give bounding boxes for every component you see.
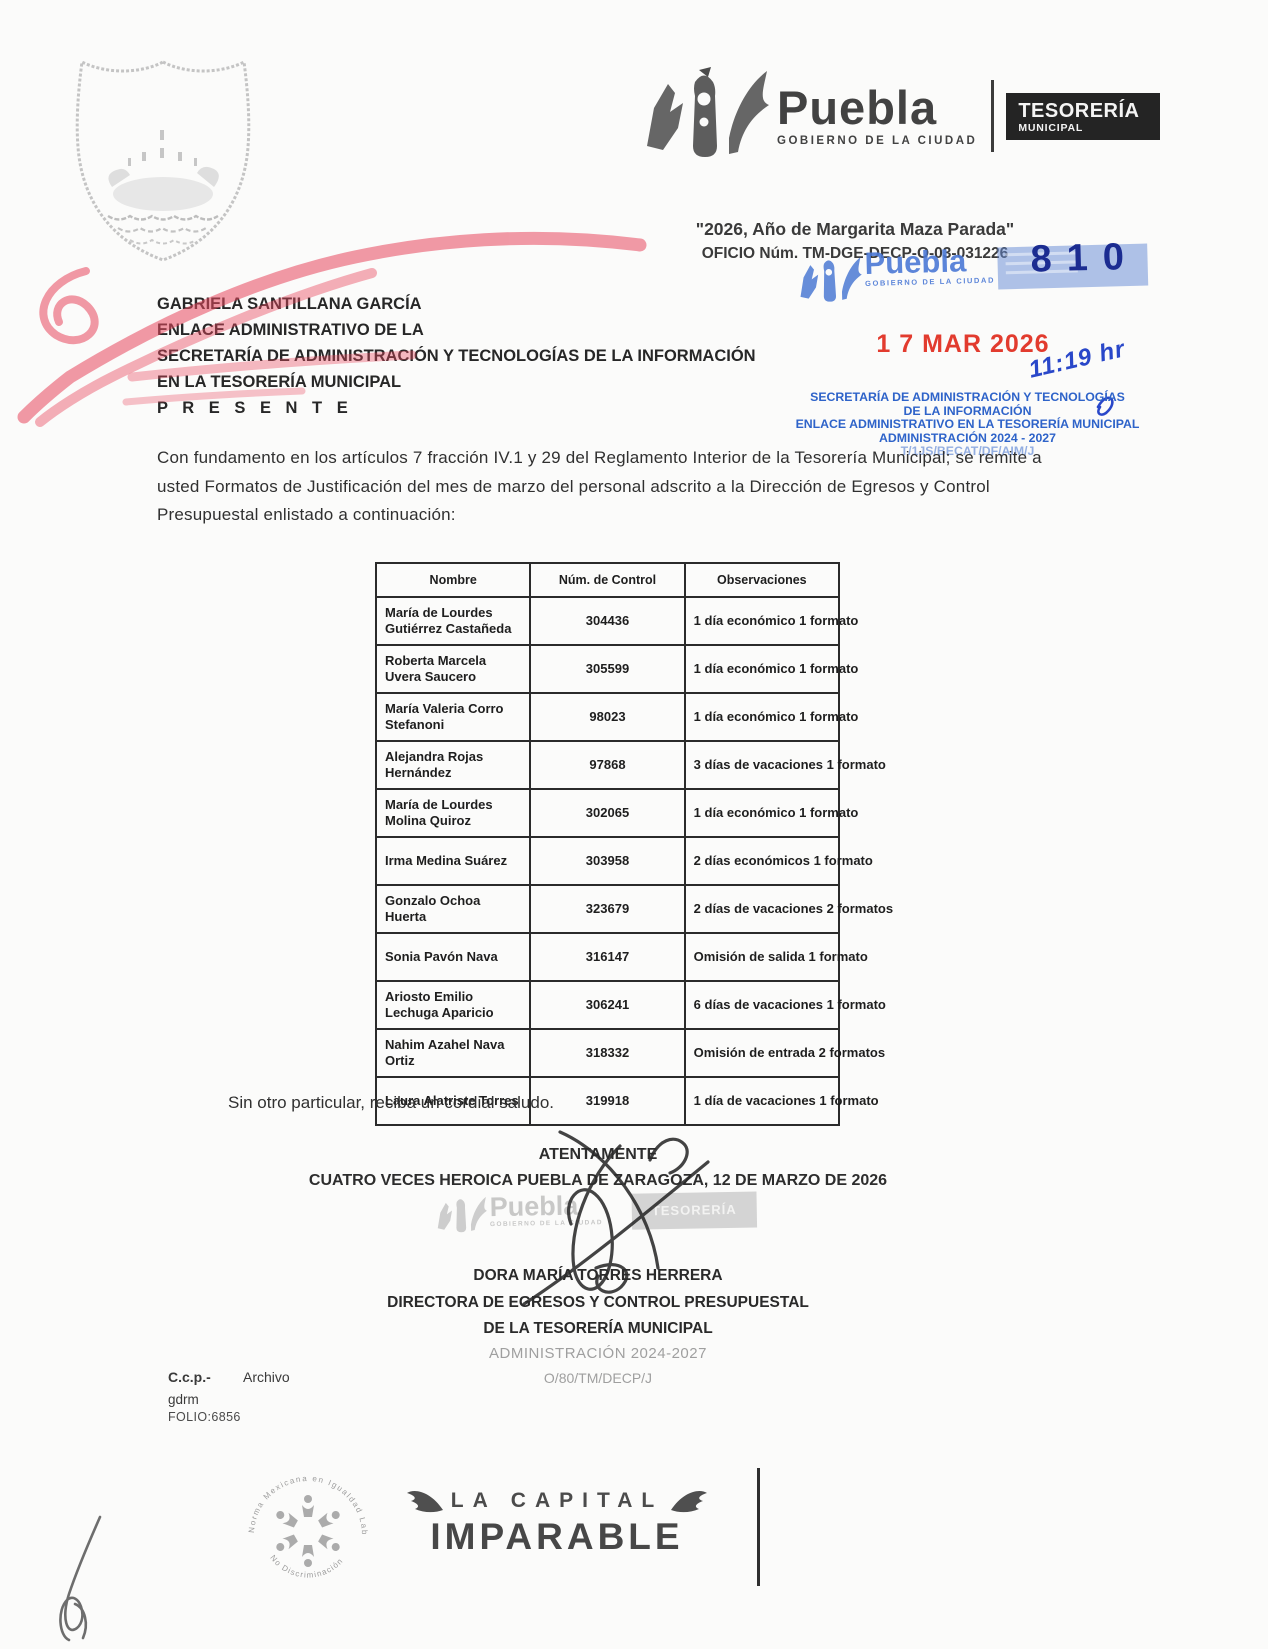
cell-control: 304436	[530, 597, 684, 645]
ccp-label: C.c.p.-	[168, 1369, 211, 1385]
cell-nombre: Alejandra Rojas Hernández	[376, 741, 530, 789]
received-folio-number: 810	[1030, 236, 1139, 282]
cell-observaciones: 3 días de vacaciones 1 formato	[685, 741, 839, 789]
badge-line2: MUNICIPAL	[1018, 122, 1148, 134]
header-brand: Puebla GOBIERNO DE LA CIUDAD TESORERÍA M…	[633, 66, 1160, 166]
office-stamp-line: ENLACE ADMINISTRATIVO EN LA TESORERÍA MU…	[770, 418, 1165, 432]
badge-line1: TESORERÍA	[1018, 100, 1148, 122]
cell-observaciones: 2 días de vacaciones 2 formatos	[685, 885, 839, 933]
cell-observaciones: 1 día económico 1 formato	[685, 693, 839, 741]
pen-scribble	[45, 1512, 125, 1647]
cell-nombre: Irma Medina Suárez	[376, 837, 530, 885]
brand-divider	[991, 80, 994, 152]
cell-control: 97868	[530, 741, 684, 789]
col-header-observaciones: Observaciones	[685, 563, 839, 597]
cell-observaciones: 6 días de vacaciones 1 formato	[685, 981, 839, 1029]
capital-imparable-logo: LA CAPITAL IMPARABLE	[392, 1486, 722, 1558]
tesoreria-badge: TESORERÍA MUNICIPAL	[1006, 93, 1160, 140]
cell-observaciones: Omisión de salida 1 formato	[685, 933, 839, 981]
signer-title-line2: DE LA TESORERÍA MUNICIPAL	[348, 1320, 848, 1338]
cell-observaciones: 2 días económicos 1 formato	[685, 837, 839, 885]
table-row: Sonia Pavón Nava316147Omisión de salida …	[376, 933, 839, 981]
cell-nombre: Gonzalo Ochoa Huerta	[376, 885, 530, 933]
ccp-value: Archivo	[243, 1369, 290, 1385]
initials: gdrm	[168, 1392, 199, 1407]
folio-number: FOLIO:6856	[168, 1410, 241, 1424]
received-stamp-brand: Puebla	[864, 246, 995, 279]
right-wing-icon	[669, 1486, 709, 1516]
puebla-brand-mark-icon	[633, 66, 771, 166]
received-stamp: Puebla GOBIERNO DE LA CIUDAD 810	[792, 239, 1164, 319]
table-row: Roberta Marcela Uvera Saucero3055991 día…	[376, 645, 839, 693]
cell-nombre: Roberta Marcela Uvera Saucero	[376, 645, 530, 693]
table-row: Alejandra Rojas Hernández978683 días de …	[376, 741, 839, 789]
cell-control: 302065	[530, 789, 684, 837]
cell-control: 303958	[530, 837, 684, 885]
farewell-line: Sin otro particular, reciba un cordial s…	[228, 1093, 554, 1113]
table-row: Irma Medina Suárez3039582 días económico…	[376, 837, 839, 885]
signer-title-line1: DIRECTORA DE EGRESOS Y CONTROL PRESUPUES…	[348, 1294, 848, 1312]
col-header-control: Núm. de Control	[530, 563, 684, 597]
cell-observaciones: 1 día económico 1 formato	[685, 645, 839, 693]
document-page: Puebla GOBIERNO DE LA CIUDAD TESORERÍA M…	[0, 0, 1268, 1649]
year-legend: "2026, Año de Margarita Maza Parada"	[645, 219, 1065, 240]
cell-control: 305599	[530, 645, 684, 693]
brand-tagline: GOBIERNO DE LA CIUDAD	[777, 135, 977, 147]
table-row: María de Lourdes Molina Quiroz3020651 dí…	[376, 789, 839, 837]
table-row: Gonzalo Ochoa Huerta3236792 días de vaca…	[376, 885, 839, 933]
capital-top-text: LA CAPITAL	[451, 1489, 663, 1513]
equality-norm-seal-icon: Norma Mexicana en Igualdad Laboral y No …	[238, 1461, 378, 1601]
cell-observaciones: 1 día económico 1 formato	[685, 597, 839, 645]
stamp-code-line: O/80/TM/DECP/J	[348, 1370, 848, 1386]
footer-divider-line	[757, 1468, 760, 1586]
grey-stamp-brand-mark-icon	[431, 1192, 488, 1239]
table-row: María de Lourdes Gutiérrez Castañeda3044…	[376, 597, 839, 645]
body-paragraph: Con fundamento en los artículos 7 fracci…	[157, 444, 1042, 530]
left-wing-icon	[405, 1486, 445, 1516]
date-received-stamp: 1 7 MAR 2026	[873, 330, 1053, 359]
cell-observaciones: 1 día económico 1 formato	[685, 789, 839, 837]
cell-nombre: Ariosto Emilio Lechuga Aparicio	[376, 981, 530, 1029]
signer-name: DORA MARÍA TORRES HERRERA	[348, 1267, 848, 1285]
cell-nombre: María de Lourdes Molina Quiroz	[376, 789, 530, 837]
cell-nombre: Sonia Pavón Nava	[376, 933, 530, 981]
table-header-row: Nombre Núm. de Control Observaciones	[376, 563, 839, 597]
cell-control: 316147	[530, 933, 684, 981]
col-header-nombre: Nombre	[376, 563, 530, 597]
stamp-administration-line: ADMINISTRACIÓN 2024-2027	[348, 1345, 848, 1362]
received-stamp-brand-mark-icon	[792, 249, 864, 313]
cell-nombre: Nahim Azahel Nava Ortiz	[376, 1029, 530, 1077]
capital-bottom-text: IMPARABLE	[430, 1516, 683, 1558]
cell-control: 98023	[530, 693, 684, 741]
svg-text:Norma Mexicana en Igualdad Lab: Norma Mexicana en Igualdad Laboral y	[238, 1461, 369, 1536]
cell-nombre: María de Lourdes Gutiérrez Castañeda	[376, 597, 530, 645]
brand-name: Puebla	[777, 85, 977, 131]
cell-control: 318332	[530, 1029, 684, 1077]
justification-table: Nombre Núm. de Control Observaciones Mar…	[375, 562, 840, 1126]
cell-nombre: María Valeria Corro Stefanoni	[376, 693, 530, 741]
table-row: María Valeria Corro Stefanoni980231 día …	[376, 693, 839, 741]
red-marker-scribble	[10, 225, 670, 440]
office-stamp-line: SECRETARÍA DE ADMINISTRACIÓN Y TECNOLOGÍ…	[770, 391, 1165, 405]
table-row: Nahim Azahel Nava Ortiz318332Omisión de …	[376, 1029, 839, 1077]
table-row: Ariosto Emilio Lechuga Aparicio3062416 d…	[376, 981, 839, 1029]
cell-control: 306241	[530, 981, 684, 1029]
cell-control: 323679	[530, 885, 684, 933]
cell-observaciones: Omisión de entrada 2 formatos	[685, 1029, 839, 1077]
